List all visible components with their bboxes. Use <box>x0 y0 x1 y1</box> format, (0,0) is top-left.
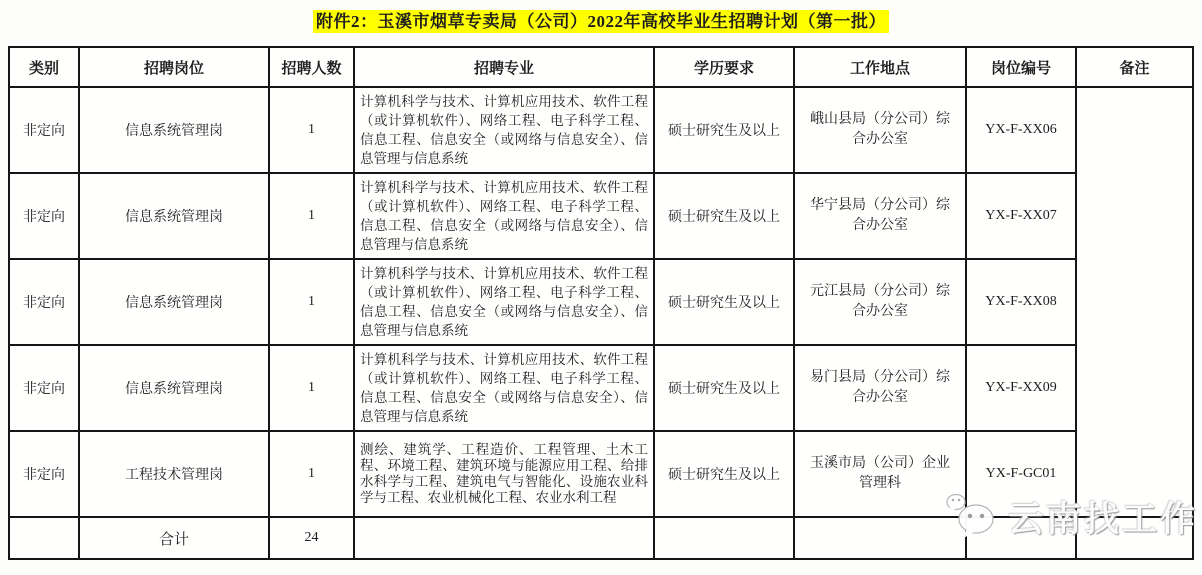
cell-category: 非定向 <box>9 173 79 259</box>
cell-code: YX-F-XX06 <box>966 87 1076 173</box>
column-header-category: 类别 <box>9 47 79 87</box>
cell-footer-empty-majors <box>354 517 654 559</box>
cell-count: 1 <box>269 259 354 345</box>
table-row: 非定向 信息系统管理岗 1 计算机科学与技术、计算机应用技术、软件工程（或计算机… <box>9 173 1193 259</box>
table-row: 非定向 信息系统管理岗 1 计算机科学与技术、计算机应用技术、软件工程（或计算机… <box>9 259 1193 345</box>
table-row: 非定向 工程技术管理岗 1 测绘、建筑学、工程造价、工程管理、土木工程、环境工程… <box>9 431 1193 517</box>
table-row: 非定向 信息系统管理岗 1 计算机科学与技术、计算机应用技术、软件工程（或计算机… <box>9 87 1193 173</box>
total-row: 合计 24 <box>9 517 1193 559</box>
column-header-majors: 招聘专业 <box>354 47 654 87</box>
recruitment-table: 类别 招聘岗位 招聘人数 招聘专业 学历要求 工作地点 岗位编号 备注 非定向 … <box>8 46 1194 560</box>
cell-majors: 计算机科学与技术、计算机应用技术、软件工程（或计算机软件）、网络工程、电子科学工… <box>354 173 654 259</box>
cell-code: YX-F-XX07 <box>966 173 1076 259</box>
cell-location: 元江县局（分公司）综合办公室 <box>794 259 966 345</box>
header-row: 类别 招聘岗位 招聘人数 招聘专业 学历要求 工作地点 岗位编号 备注 <box>9 47 1193 87</box>
cell-position: 信息系统管理岗 <box>79 87 269 173</box>
total-label: 合计 <box>79 517 269 559</box>
cell-count: 1 <box>269 345 354 431</box>
cell-education: 硕士研究生及以上 <box>654 87 794 173</box>
cell-education: 硕士研究生及以上 <box>654 345 794 431</box>
cell-code: YX-F-XX09 <box>966 345 1076 431</box>
cell-position: 信息系统管理岗 <box>79 345 269 431</box>
cell-education: 硕士研究生及以上 <box>654 173 794 259</box>
page-title-highlight: 附件2：玉溪市烟草专卖局（公司）2022年高校毕业生招聘计划（第一批） <box>313 10 889 33</box>
cell-remark-merged <box>1076 87 1193 517</box>
table-row: 非定向 信息系统管理岗 1 计算机科学与技术、计算机应用技术、软件工程（或计算机… <box>9 345 1193 431</box>
page-title: 附件2：玉溪市烟草专卖局（公司）2022年高校毕业生招聘计划（第一批） <box>0 7 1202 32</box>
cell-footer-empty-remark <box>1076 517 1193 559</box>
cell-location: 易门县局（分公司）综合办公室 <box>794 345 966 431</box>
column-header-remark: 备注 <box>1076 47 1193 87</box>
cell-position: 信息系统管理岗 <box>79 259 269 345</box>
cell-location: 玉溪市局（公司）企业管理科 <box>794 431 966 517</box>
cell-majors: 计算机科学与技术、计算机应用技术、软件工程（或计算机软件）、网络工程、电子科学工… <box>354 87 654 173</box>
cell-category: 非定向 <box>9 431 79 517</box>
column-header-location: 工作地点 <box>794 47 966 87</box>
total-count: 24 <box>269 517 354 559</box>
cell-footer-empty-education <box>654 517 794 559</box>
cell-location: 峨山县局（分公司）综合办公室 <box>794 87 966 173</box>
column-header-count: 招聘人数 <box>269 47 354 87</box>
column-header-position: 招聘岗位 <box>79 47 269 87</box>
cell-education: 硕士研究生及以上 <box>654 431 794 517</box>
cell-count: 1 <box>269 173 354 259</box>
column-header-code: 岗位编号 <box>966 47 1076 87</box>
cell-location: 华宁县局（分公司）综合办公室 <box>794 173 966 259</box>
cell-majors: 计算机科学与技术、计算机应用技术、软件工程（或计算机软件）、网络工程、电子科学工… <box>354 345 654 431</box>
cell-footer-empty-category <box>9 517 79 559</box>
cell-majors: 计算机科学与技术、计算机应用技术、软件工程（或计算机软件）、网络工程、电子科学工… <box>354 259 654 345</box>
cell-position: 工程技术管理岗 <box>79 431 269 517</box>
cell-code: YX-F-GC01 <box>966 431 1076 517</box>
cell-category: 非定向 <box>9 345 79 431</box>
cell-footer-empty-location <box>794 517 966 559</box>
cell-count: 1 <box>269 431 354 517</box>
cell-footer-empty-code <box>966 517 1076 559</box>
cell-majors: 测绘、建筑学、工程造价、工程管理、土木工程、环境工程、建筑环境与能源应用工程、给… <box>354 431 654 517</box>
cell-category: 非定向 <box>9 259 79 345</box>
column-header-education: 学历要求 <box>654 47 794 87</box>
cell-education: 硕士研究生及以上 <box>654 259 794 345</box>
cell-code: YX-F-XX08 <box>966 259 1076 345</box>
cell-position: 信息系统管理岗 <box>79 173 269 259</box>
cell-category: 非定向 <box>9 87 79 173</box>
cell-count: 1 <box>269 87 354 173</box>
